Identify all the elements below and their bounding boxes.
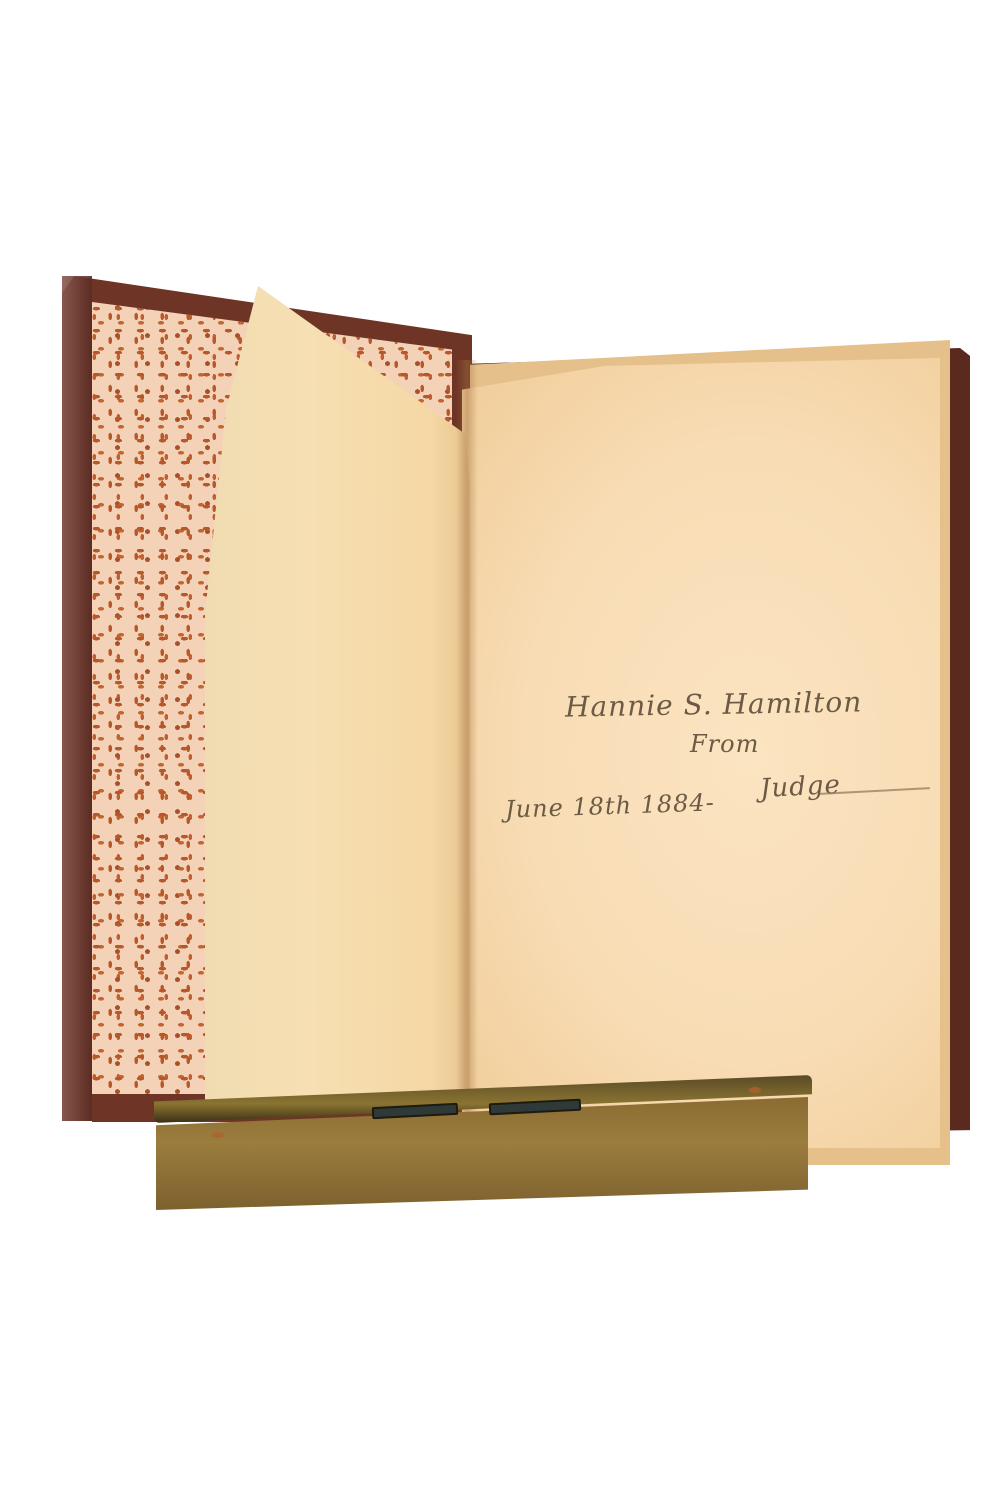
- inscription-name: Hannie S. Hamilton: [565, 685, 863, 723]
- inscription-signer: Judge: [759, 770, 841, 804]
- flyleaf-page: [205, 286, 470, 1106]
- spirit-level: [154, 1075, 812, 1210]
- screw-icon: [212, 1132, 224, 1138]
- photo-scene: Hannie S. Hamilton From Judge June 18th …: [0, 0, 1000, 1500]
- inscription-date: June 18th 1884-: [505, 788, 716, 823]
- screw-icon: [749, 1087, 761, 1093]
- book-gutter: [456, 360, 478, 1140]
- book-cover-edge: [62, 276, 92, 1121]
- handwritten-inscription: Hannie S. Hamilton From Judge June 18th …: [500, 660, 940, 860]
- inscription-from: From: [690, 730, 759, 758]
